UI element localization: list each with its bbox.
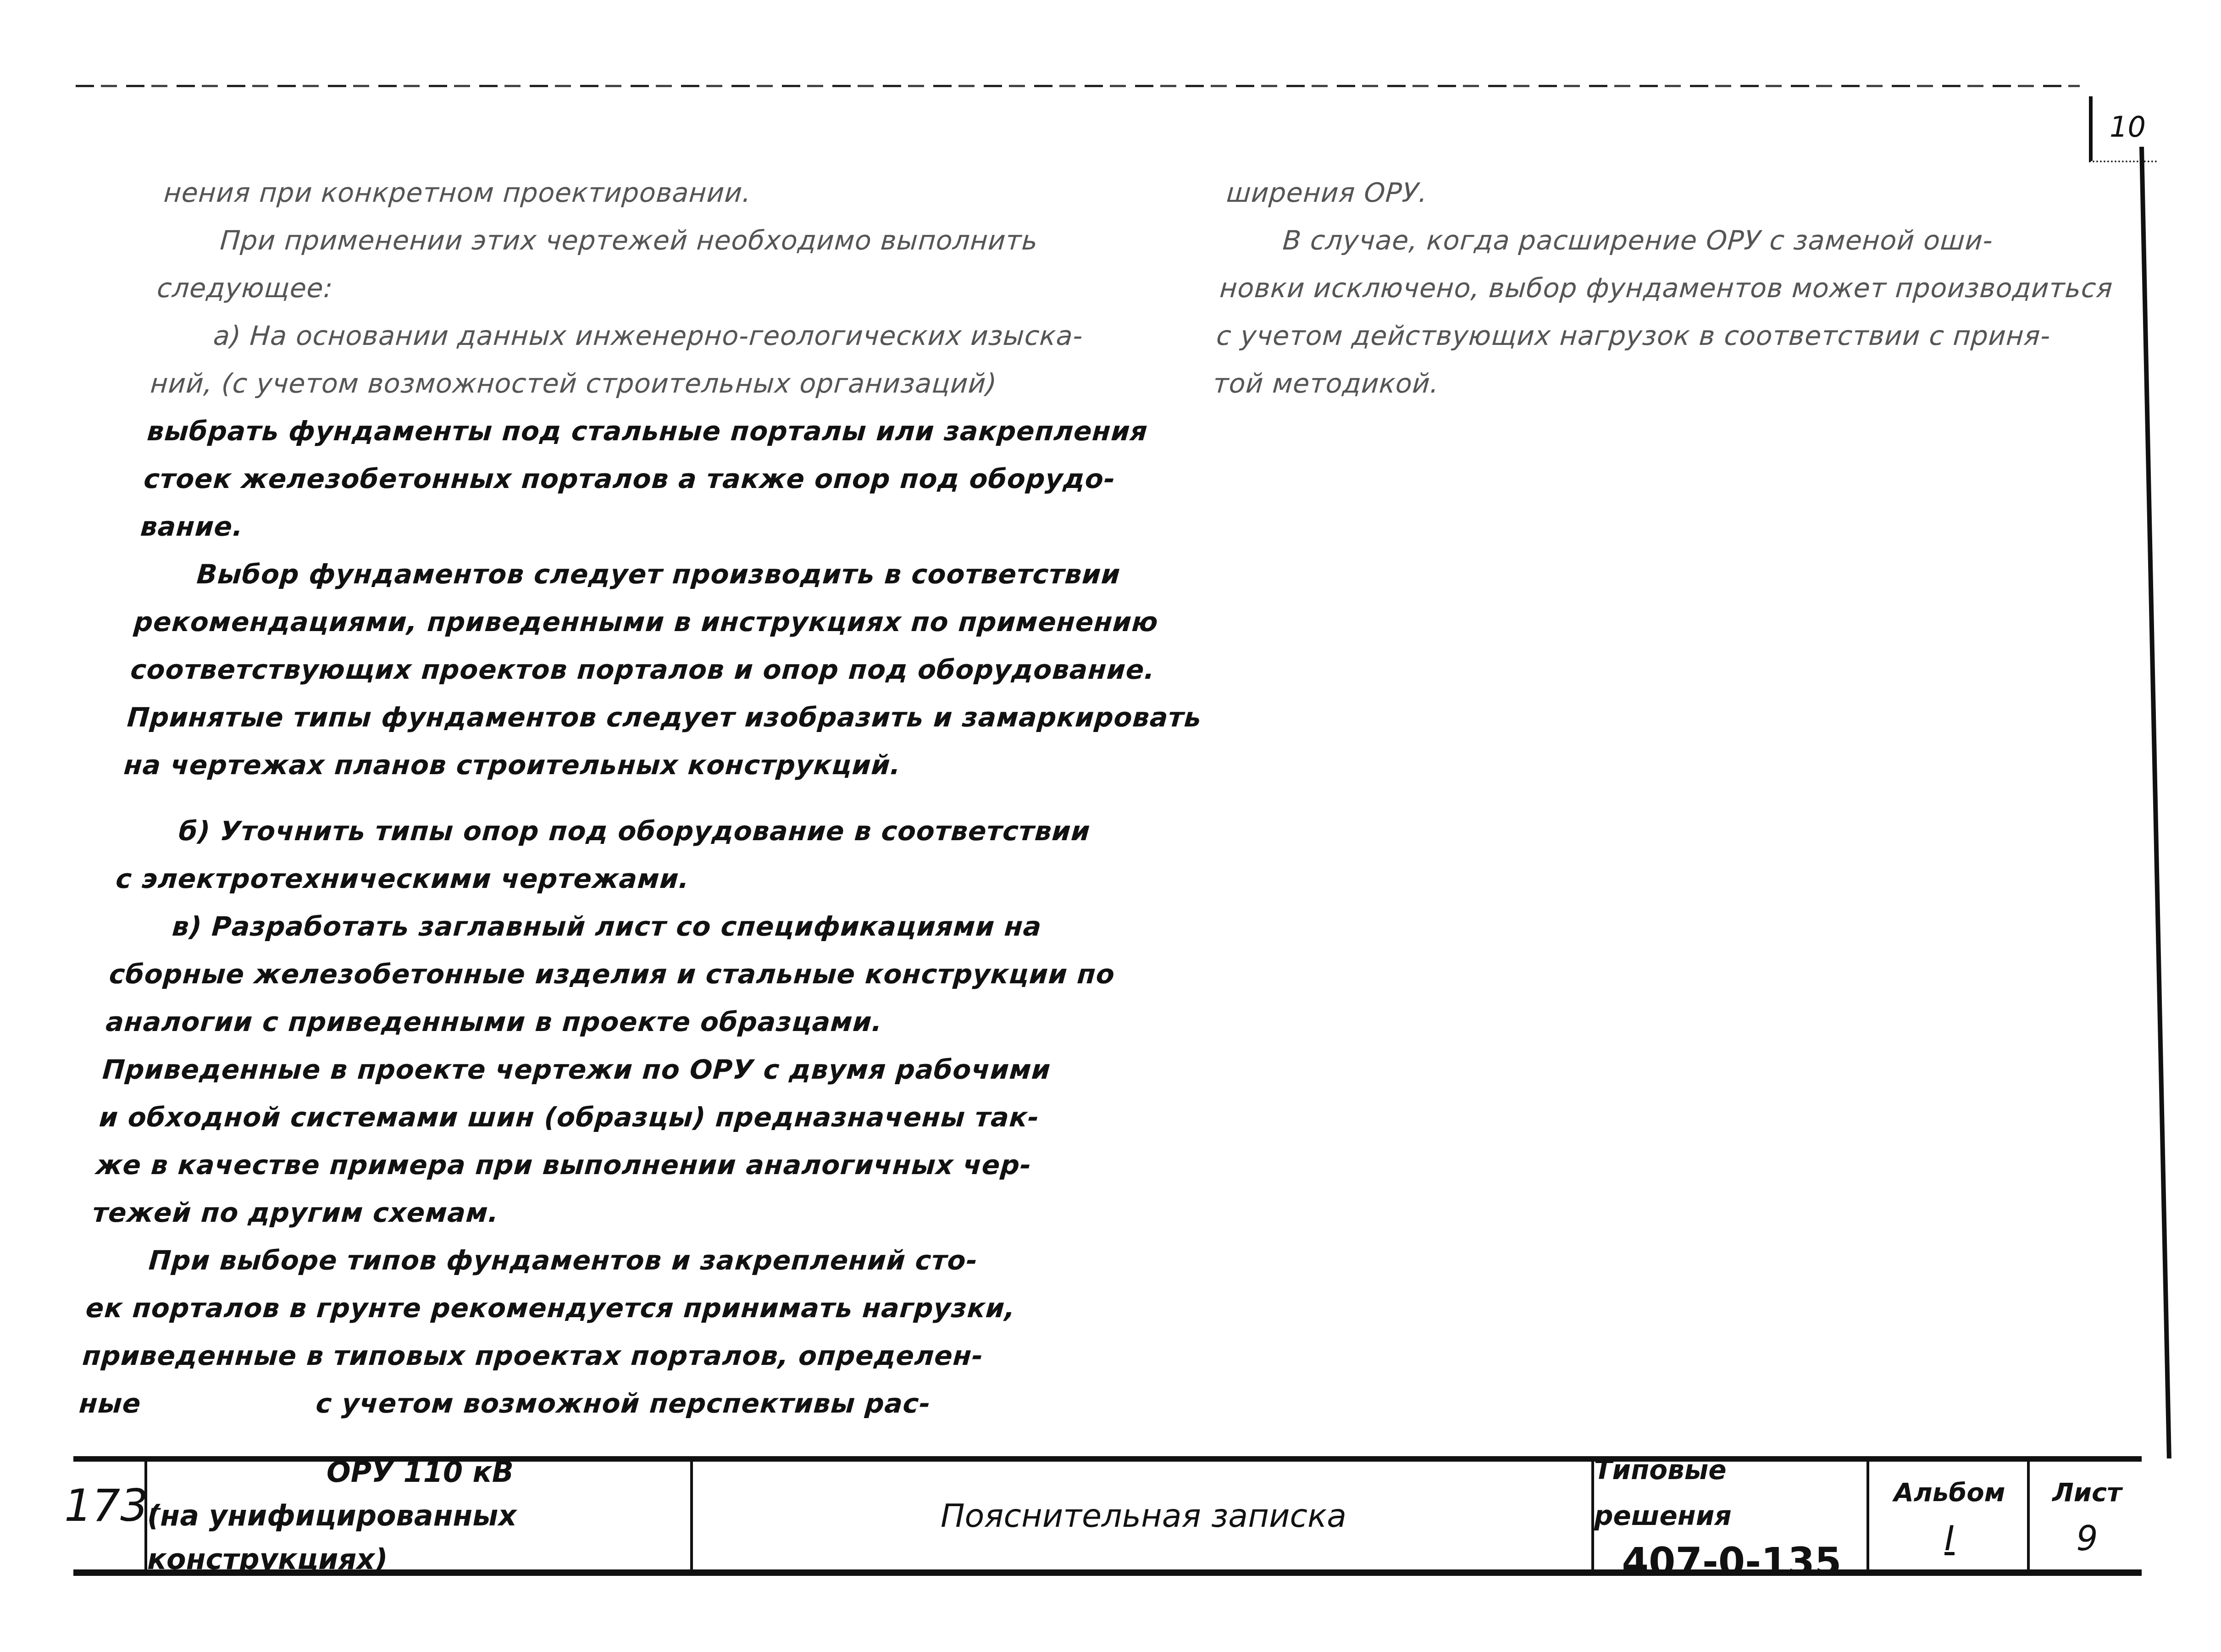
sheet-label: Лист (2052, 1470, 2121, 1516)
album-label: Альбом (1894, 1470, 2005, 1516)
document-title: Пояснительная записка (941, 1497, 1346, 1535)
album-cell: Альбом I (1867, 1462, 2030, 1569)
text-line (121, 789, 994, 807)
text-line: ек порталов в грунте рекомендуется прини… (84, 1284, 959, 1332)
text-line: нения при конкретном проектировании. (162, 169, 1037, 216)
document-title-cell: Пояснительная записка (690, 1462, 1594, 1569)
text-line: на чертежах планов строительных конструк… (122, 741, 997, 789)
text-line: тежей по другим схемам. (91, 1189, 965, 1236)
text-line: соответствующих проектов порталов и опор… (129, 646, 1003, 693)
sheet-top-border (76, 85, 2080, 87)
text-line: б) Уточнить типы опор под оборудование в… (117, 807, 992, 855)
text-line: выбрать фундаменты под стальные порталы … (145, 407, 1020, 455)
text-line: При применении этих чертежей необходимо … (159, 216, 1033, 264)
text-line: с электротехническими чертежами. (114, 855, 989, 903)
text-line: При выборе типов фундаментов и закреплен… (88, 1236, 962, 1284)
text-line: в) Разработать заглавный лист со специфи… (111, 903, 986, 950)
series-label: Типовые решения (1594, 1447, 1869, 1539)
text-line: приведенные в типовых проектах порталов,… (81, 1332, 955, 1380)
text-line: ширения ОРУ. (1225, 169, 2099, 216)
text-line: новки исключено, выбор фундаментов может… (1218, 264, 2093, 312)
right-text-column: ширения ОРУ.В случае, когда расширение О… (1212, 169, 2099, 407)
text-line: Выбор фундаментов следует производить в … (135, 550, 1010, 598)
text-line: же в качестве примера при выполнении ана… (94, 1141, 969, 1189)
text-line: вание. (139, 503, 1014, 550)
object-name-line2: (на унифицированных конструкциях) (147, 1494, 693, 1581)
text-line: следующее: (155, 264, 1030, 312)
series-number: 407-0-135 (1622, 1539, 1842, 1585)
sheet-right-border (2139, 147, 2171, 1458)
text-line: с учетом действующих нагрузок в соответс… (1215, 312, 2089, 360)
sheet-value: 9 (2076, 1516, 2098, 1562)
text-line: Принятые типы фундаментов следует изобра… (126, 693, 1000, 741)
series-cell: Типовые решения 407-0-135 (1591, 1462, 1869, 1569)
text-line: рекомендациями, приведенными в инструкци… (132, 598, 1007, 646)
left-text-column: нения при конкретном проектировании.При … (78, 169, 1037, 1427)
text-line: аналогии с приведенными в проекте образц… (104, 998, 979, 1046)
object-name-line1: ОРУ 110 кВ (327, 1450, 514, 1494)
text-line: ные с учетом возможной перспективы рас- (78, 1380, 952, 1427)
text-line: а) На основании данных инженерно-геологи… (152, 312, 1027, 360)
page-number: 10 (2110, 110, 2146, 144)
text-line: ний, (с учетом возможностей строительных… (149, 360, 1024, 407)
text-line: той методикой. (1212, 360, 2086, 407)
text-line: Приведенные в проекте чертежи по ОРУ с д… (101, 1046, 975, 1093)
text-line: сборные железобетонные изделия и стальны… (108, 950, 982, 998)
text-line: стоек железобетонных порталов а также оп… (142, 455, 1017, 503)
title-block: 173г ОРУ 110 кВ (на унифицированных конс… (73, 1456, 2142, 1576)
object-name-cell: ОРУ 110 кВ (на унифицированных конструкц… (144, 1462, 693, 1569)
sheet-cell: Лист 9 (2027, 1462, 2144, 1569)
album-value: I (1944, 1516, 1955, 1562)
text-line: и обходной системами шин (образцы) предн… (98, 1093, 972, 1141)
text-line: В случае, когда расширение ОРУ с заменой… (1222, 216, 2096, 264)
